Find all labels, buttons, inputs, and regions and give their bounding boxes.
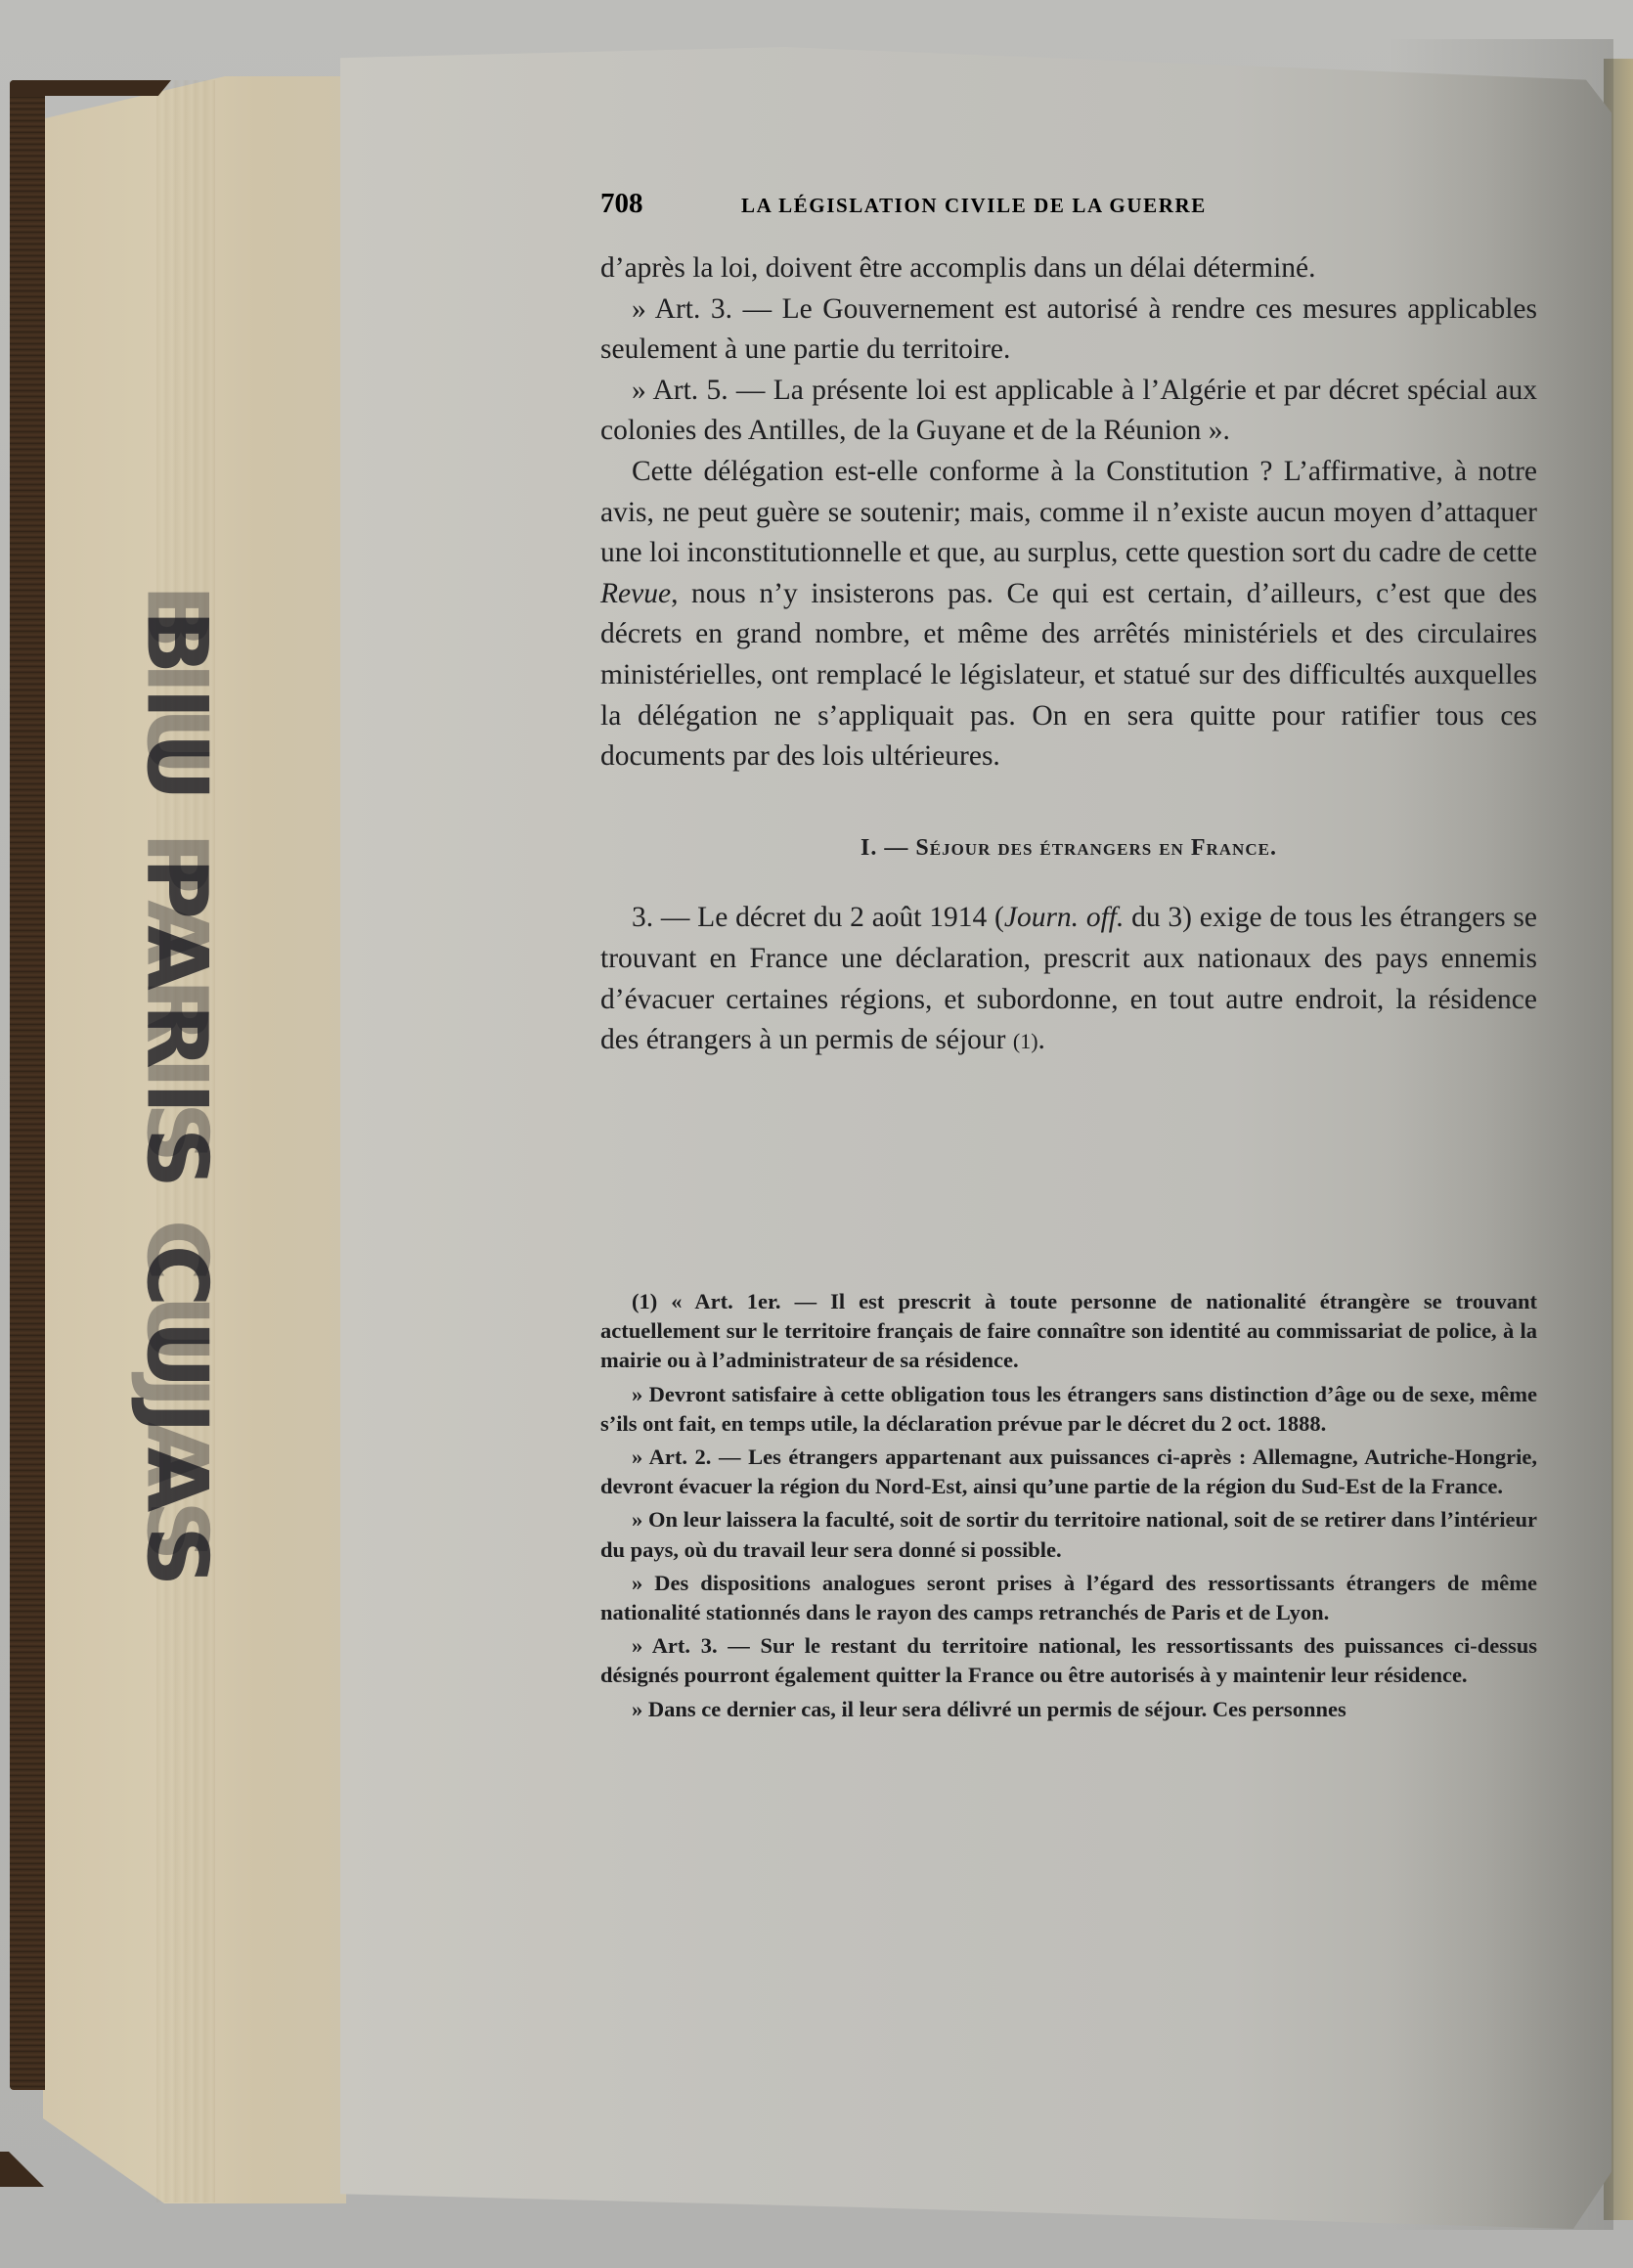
footnote-1-art-2: » Art. 2. — Les étrangers appartenant au… [600, 1443, 1537, 1501]
library-stamp: BIU PARIS CUJAS [98, 626, 254, 1584]
footnote-1-faculte: » On leur laissera la faculté, soit de s… [600, 1505, 1537, 1564]
library-stamp-text: BIU PARIS CUJAS [127, 610, 225, 1601]
section-heading: I. — Séjour des étrangers en France. [600, 828, 1537, 869]
footnote-1-dernier-cas: » Dans ce dernier cas, il leur sera déli… [600, 1695, 1537, 1724]
paragraph-decret-text-a: 3. — Le décret du 2 août 1914 ( [632, 902, 1004, 933]
footnote-1-art-3: » Art. 3. — Sur le restant du territoire… [600, 1631, 1537, 1690]
paragraph-delegation-text-a: Cette délégation est-elle conforme à la … [600, 456, 1537, 568]
paragraph-decret: 3. — Le décret du 2 août 1914 (Journ. of… [600, 898, 1537, 1061]
journ-off-italic: Journ. off. [1004, 902, 1125, 933]
footnotes: (1) « Art. 1er. — Il est prescrit à tout… [600, 1287, 1537, 1728]
paragraph-art-5: » Art. 5. — La présente loi est applicab… [600, 371, 1537, 452]
paragraph-delegation: Cette délégation est-elle conforme à la … [600, 452, 1537, 778]
footnote-1-dispositions: » Des dispositions analogues seront pris… [600, 1569, 1537, 1627]
footnote-1-devront: » Devront satisfaire à cette obligation … [600, 1380, 1537, 1439]
book-cover-top-corner [10, 80, 171, 96]
footnote-1-art-1: (1) « Art. 1er. — Il est prescrit à tout… [600, 1287, 1537, 1376]
paragraph-art-3: » Art. 3. — Le Gouvernement est autorisé… [600, 289, 1537, 371]
footnote-ref[interactable]: (1) [1013, 1029, 1038, 1053]
running-head: 708 LA LÉGISLATION CIVILE DE LA GUERRE [600, 188, 1510, 227]
paragraph-decret-end: . [1038, 1024, 1045, 1055]
page-number: 708 [600, 188, 747, 220]
running-head-title: LA LÉGISLATION CIVILE DE LA GUERRE [741, 194, 1207, 218]
book-cover-board [10, 80, 45, 2090]
body-text: d’après la loi, doivent être accomplis d… [600, 248, 1537, 1062]
paragraph-delegation-text-b: , nous n’y insisterons pas. Ce qui est c… [600, 578, 1537, 772]
revue-italic: Revue [600, 578, 671, 609]
paragraph-continuation: d’après la loi, doivent être accomplis d… [600, 248, 1537, 289]
